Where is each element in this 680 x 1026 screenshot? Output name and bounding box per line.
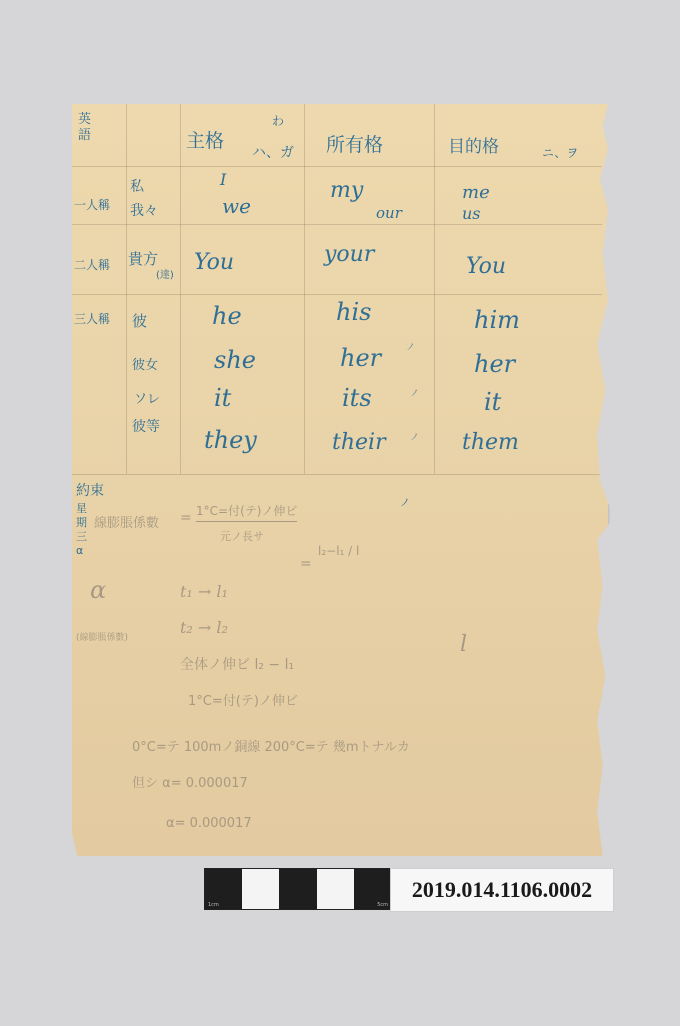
note-line: t₂ → l₂: [180, 618, 228, 637]
equals-sign: =: [180, 510, 192, 526]
row-person-label: 一人稱: [74, 196, 110, 213]
cell-objective: her: [474, 350, 515, 378]
cell-possessive: its: [342, 384, 372, 412]
notes-heading: 約束: [76, 480, 104, 500]
cell-nominative: he: [212, 302, 242, 330]
table-rule: [72, 294, 602, 295]
scale-right-label: 5cm: [377, 902, 388, 908]
answer-line: α= 0.000017: [166, 816, 252, 831]
side-label: α: [76, 544, 83, 557]
header-nominative: 主格: [186, 126, 224, 153]
header-nominative-annotation-top: わ: [272, 112, 284, 129]
side-label: 星: [76, 502, 87, 515]
row-jp-label: 貴方: [128, 248, 158, 269]
cell-nominative: she: [214, 346, 256, 374]
accession-number-label: 2019.014.1106.0002: [390, 868, 614, 912]
given-value: 但シ α= 0.000017: [132, 772, 248, 791]
row-jp-label: 我々: [130, 200, 158, 220]
formula-label: 線膨脹係數: [94, 512, 159, 531]
row-person-label: 二人稱: [74, 256, 110, 273]
header-possessive: 所有格: [326, 130, 383, 157]
cell-nominative: it: [214, 384, 231, 412]
side-labels: 星 期 三 α: [76, 502, 88, 558]
stray-mark: l: [460, 632, 467, 657]
handwritten-paper: 英語 主格 わ ハ、ガ 所有格 目的格 ニ、ヲ 一人稱 私 我々 I we my…: [72, 104, 608, 856]
row-jp-label: 彼女: [132, 354, 158, 373]
table-rule: [72, 474, 602, 475]
scale-segment: [279, 869, 316, 909]
corner-label: 英語: [78, 112, 92, 144]
cell-objective: me: [462, 182, 490, 203]
paren-note: (線膨脹係數): [76, 630, 128, 643]
scale-bar: 1cm 5cm: [204, 868, 392, 910]
cell-objective: it: [484, 388, 501, 416]
cell-possessive: his: [336, 298, 371, 326]
row-jp-label: 彼等: [132, 416, 160, 436]
cell-possessive: our: [376, 204, 402, 222]
note-line: 1°C=付(テ)ノ伸ビ: [188, 690, 298, 709]
table-rule: [72, 224, 602, 225]
cell-possessive: my: [330, 178, 363, 203]
equals-sign: =: [300, 556, 312, 572]
cell-nominative: You: [194, 250, 234, 275]
scale-segment: [242, 869, 279, 909]
side-note: ノ: [400, 494, 410, 509]
table-rule: [434, 104, 435, 474]
formula-numerator: 1°C=付(テ)ノ伸ビ: [196, 502, 297, 522]
row-jp-label: 私: [130, 176, 144, 196]
cell-nominative: we: [222, 194, 251, 218]
cell-objective: him: [474, 306, 520, 334]
header-objective-annotation: ニ、ヲ: [542, 144, 578, 161]
cell-possessive: your: [324, 242, 374, 267]
cell-objective: You: [466, 254, 506, 279]
formula-denominator: 元ノ長サ: [220, 528, 264, 544]
alpha-symbol: α: [90, 576, 106, 604]
small-note: ノ: [406, 340, 415, 353]
cell-nominative: I: [220, 170, 226, 189]
cell-objective: us: [462, 204, 481, 223]
header-objective: 目的格: [448, 132, 499, 157]
table-rule: [180, 104, 181, 474]
side-label: 期: [76, 516, 87, 529]
row-jp-label: ソレ: [134, 388, 160, 407]
cell-nominative: they: [204, 426, 257, 454]
scale-segment: [317, 869, 354, 909]
table-rule: [126, 104, 127, 474]
note-line: t₁ → l₁: [180, 582, 228, 601]
table-rule: [304, 104, 305, 474]
problem-statement: 0°C=テ 100mノ銅線 200°C=テ 幾mトナルカ: [132, 736, 410, 755]
side-label: 三: [76, 530, 87, 543]
small-note: ノ: [410, 430, 419, 443]
cell-possessive: her: [340, 344, 381, 372]
cell-objective: them: [462, 430, 519, 455]
header-nominative-annotation: ハ、ガ: [252, 142, 294, 162]
row-person-label: 三人稱: [74, 310, 110, 327]
row-jp-label: 彼: [132, 310, 147, 331]
table-rule: [72, 166, 602, 167]
note-line: 全体ノ伸ビ l₂ − l₁: [180, 654, 294, 674]
cell-possessive: their: [332, 430, 386, 455]
scale-left-label: 1cm: [208, 902, 219, 908]
formula-result: l₂−l₁ / l: [318, 544, 359, 558]
small-note: ノ: [410, 386, 419, 399]
row-jp-label: (達): [156, 266, 174, 281]
